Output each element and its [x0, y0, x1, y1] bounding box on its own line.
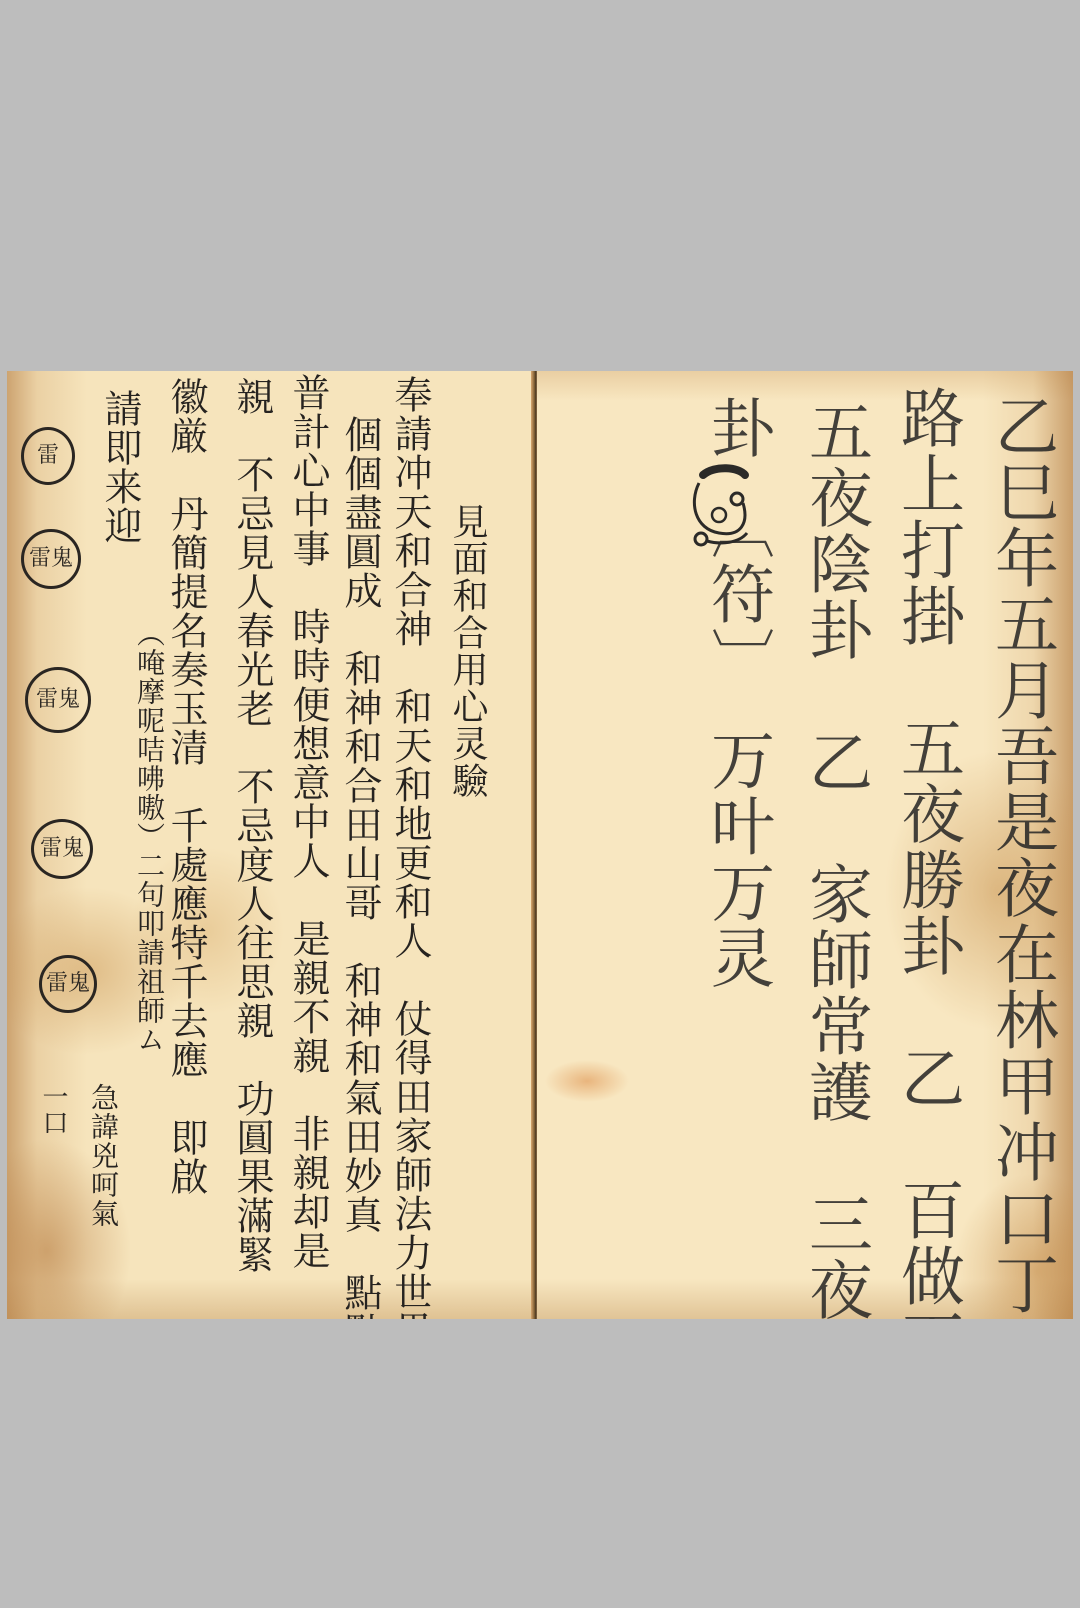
- talisman-seal: 雷: [21, 427, 75, 485]
- text-column: 徽厳 丹簡提名奏玉清 千處應特千去應 即啟: [167, 377, 205, 1196]
- page-number: 一口: [35, 1083, 72, 1135]
- talisman-seal: 雷鬼: [21, 529, 81, 589]
- text-column: 個個盡圓成 和神和合田山哥 和神和氣田妙真 點點: [341, 415, 379, 1319]
- text-column: 親 不忌見人春光老 不忌度人往思親 功圓果滿緊: [233, 377, 271, 1274]
- talisman-seal: 雷鬼: [25, 667, 91, 733]
- talisman-seal: 雷鬼: [31, 819, 93, 879]
- text-column: 急諱兇呵氣: [89, 1083, 117, 1228]
- right-page: 乙巳年五月吾是夜在林甲冲口丁亨 路上打掛 五夜勝卦 乙 百做百勝 五夜陰卦 乙 …: [537, 371, 1073, 1319]
- brush-column: 路上打掛 五夜勝卦 乙 百做百勝: [895, 385, 959, 1319]
- book-spread: 見面和合用心灵驗 奉請冲天和合神 和天和地更和人 仗得田家師法力世界 個個盡圓成…: [7, 371, 1073, 1319]
- left-page-title: 見面和合用心灵驗: [449, 503, 485, 799]
- text-column: 普計心中事 時時便想意中人 是親不親 非親却是: [289, 373, 327, 1270]
- talisman-seal: 雷鬼: [39, 955, 97, 1013]
- text-column: 奉請冲天和合神 和天和地更和人 仗得田家師法力世界: [391, 375, 429, 1319]
- talisman-glyph-icon: [685, 463, 755, 563]
- left-page: 見面和合用心灵驗 奉請冲天和合神 和天和地更和人 仗得田家師法力世界 個個盡圓成…: [7, 371, 533, 1319]
- brush-column: 五夜陰卦 乙 家師常護 三夜勝: [803, 399, 867, 1319]
- brush-column: 乙巳年五月吾是夜在林甲冲口丁亨: [989, 393, 1053, 1319]
- text-column: 請即来迎: [101, 389, 139, 545]
- mantra-column: （唵摩呢咭咈嗷）二句叩請祖師ム: [135, 619, 163, 1054]
